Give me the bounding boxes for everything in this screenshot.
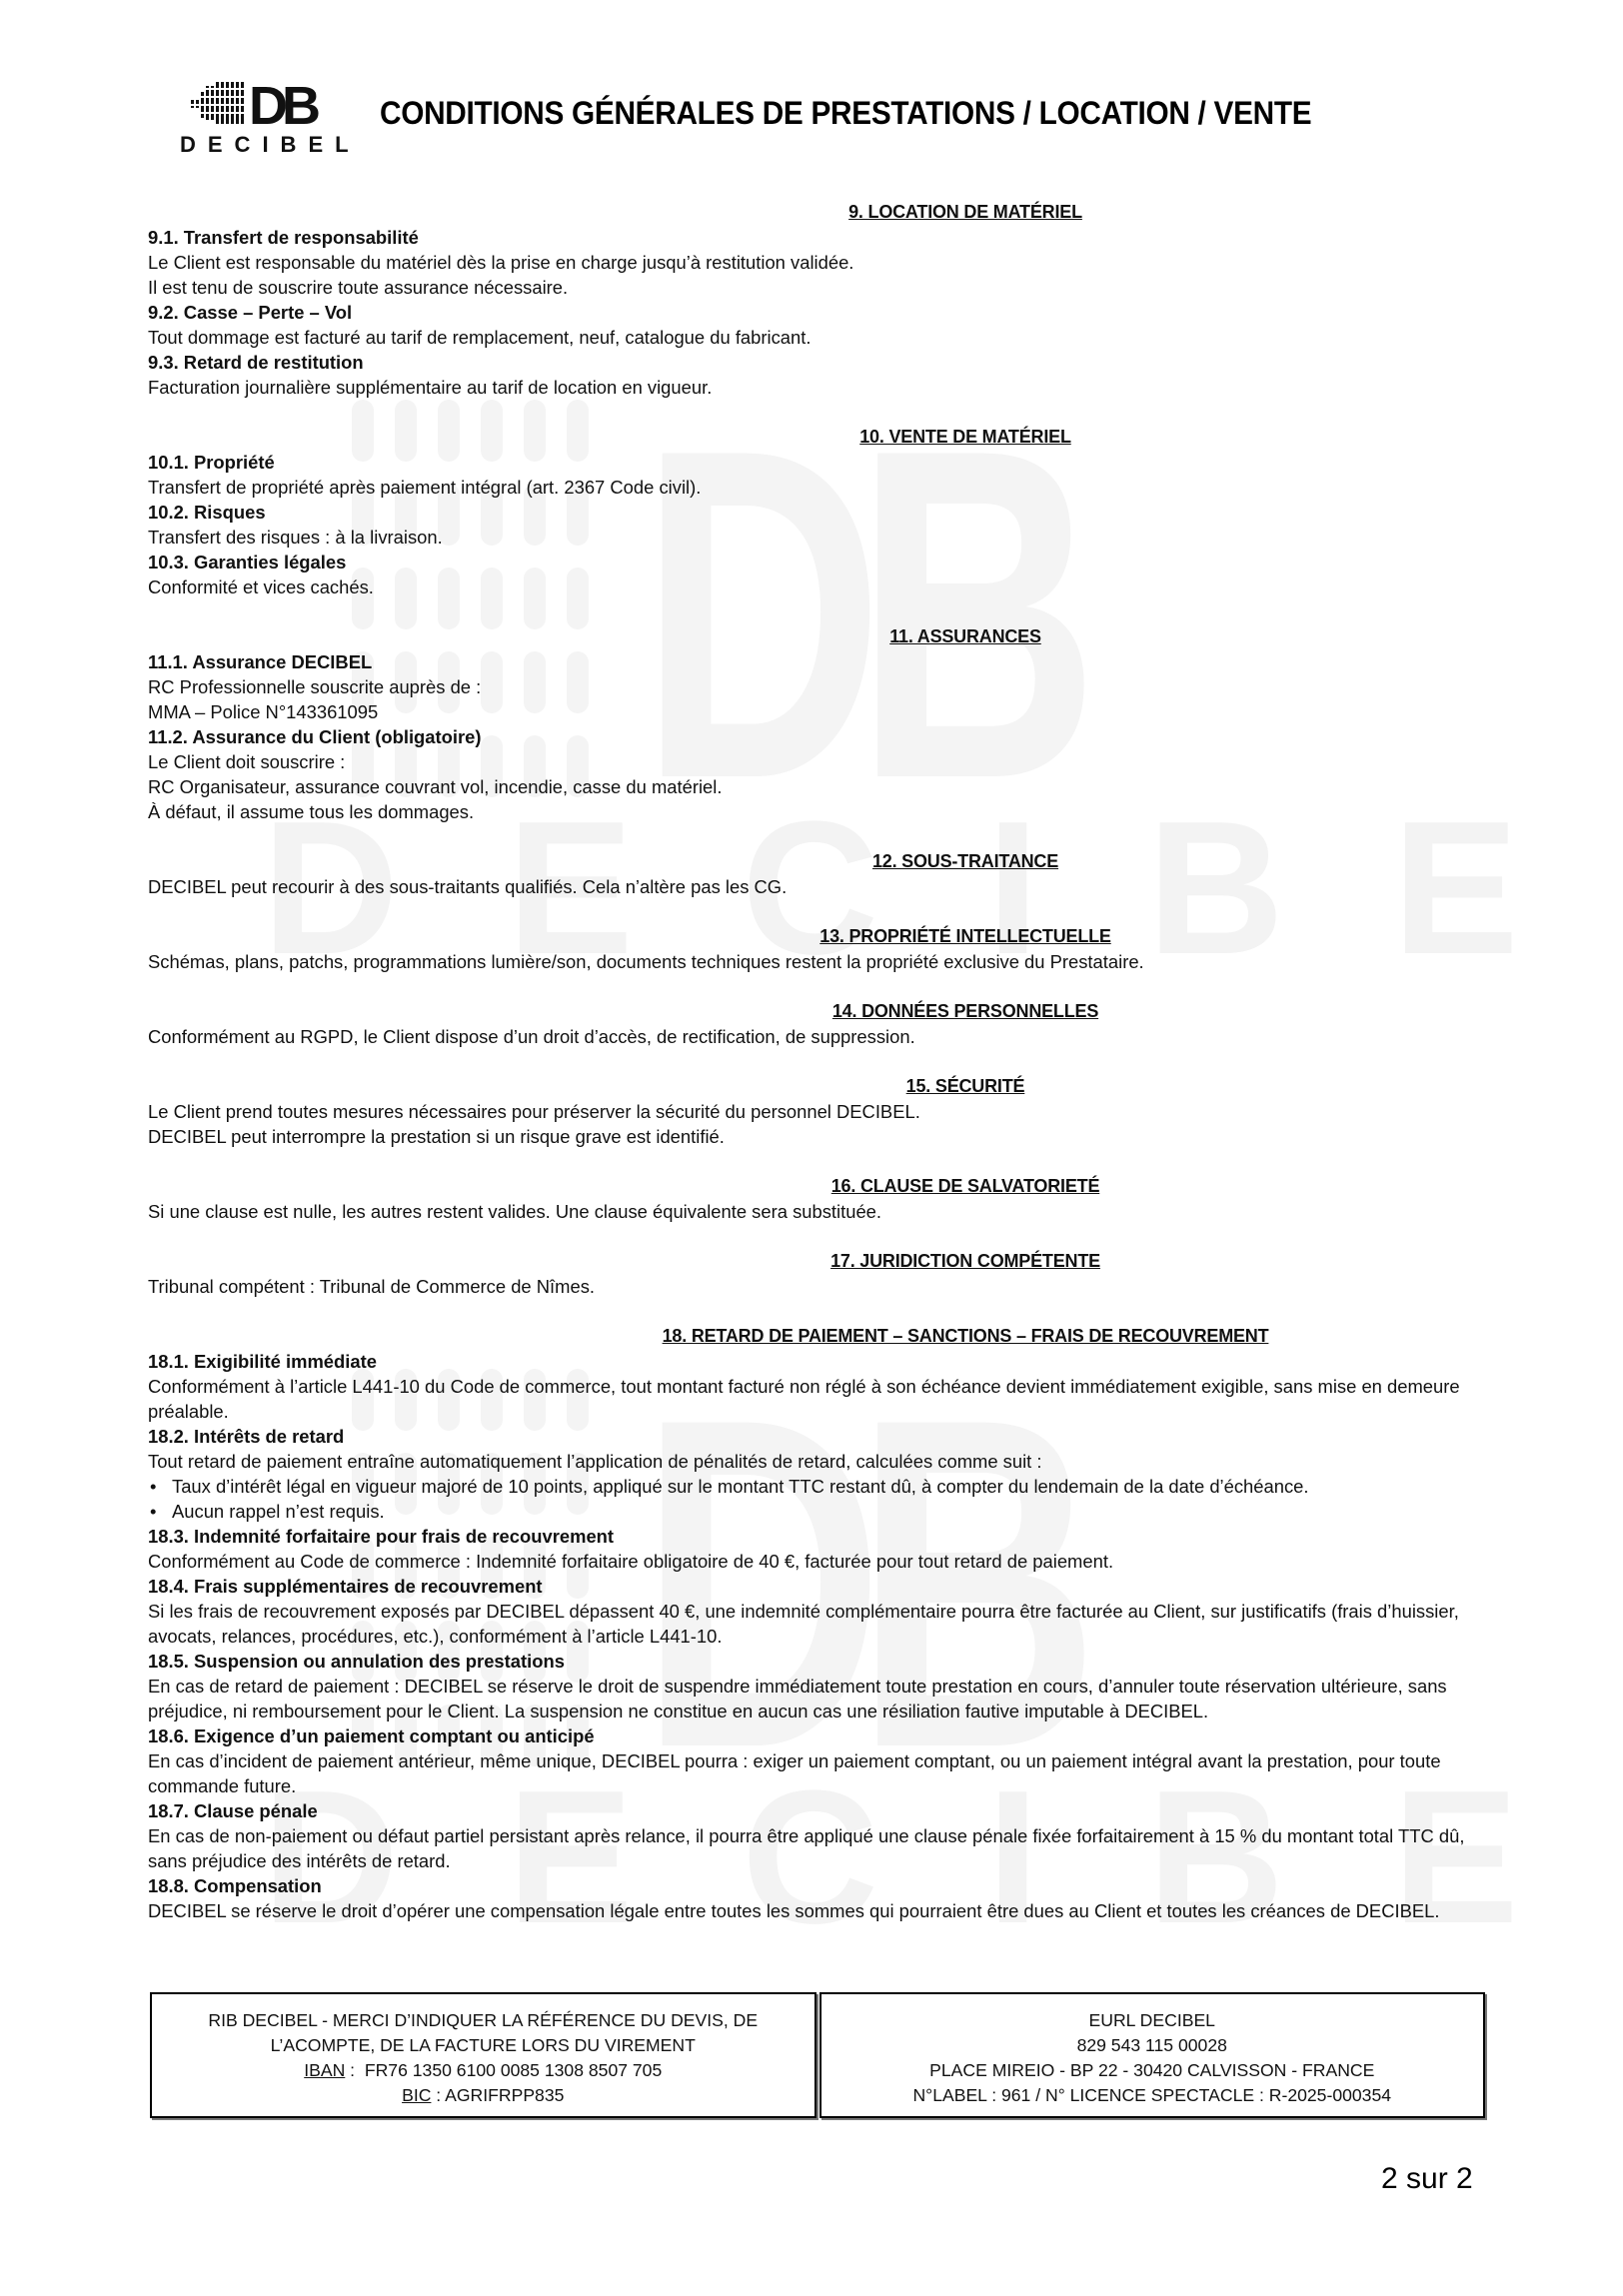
terms-content: 9. LOCATION DE MATÉRIEL9.1. Transfert de…: [148, 200, 1483, 1923]
svg-text:DB: DB: [249, 80, 319, 135]
bank-instruction-line-2: L’ACOMPTE, DE LA FACTURE LORS DU VIREMEN…: [152, 2033, 814, 2058]
subsection-title: 18.2. Intérêts de retard: [148, 1424, 1483, 1449]
section-title: 16. CLAUSE DE SALVATORIETÉ: [148, 1174, 1483, 1199]
section-title: 15. SÉCURITÉ: [148, 1074, 1483, 1099]
paragraph: Le Client est responsable du matériel dè…: [148, 250, 1483, 275]
paragraph: Conformité et vices cachés.: [148, 574, 1483, 599]
subsection-title: 11.1. Assurance DECIBEL: [148, 649, 1483, 674]
company-address: PLACE MIREIO - BP 22 - 30420 CALVISSON -…: [821, 2058, 1484, 2083]
section-title: 11. ASSURANCES: [148, 624, 1483, 649]
subsection-title: 10.2. Risques: [148, 500, 1483, 525]
paragraph: RC Organisateur, assurance couvrant vol,…: [148, 774, 1483, 799]
section-title: 12. SOUS-TRAITANCE: [148, 849, 1483, 874]
paragraph: DECIBEL peut interrompre la prestation s…: [148, 1124, 1483, 1149]
paragraph: Conformément au RGPD, le Client dispose …: [148, 1024, 1483, 1049]
section: 16. CLAUSE DE SALVATORIETÉSi une clause …: [148, 1174, 1483, 1224]
footer-info: RIB DECIBEL - MERCI D’INDIQUER LA RÉFÉRE…: [150, 1992, 1485, 2118]
logo-bars-icon: DB: [183, 80, 363, 135]
paragraph: Le Client doit souscrire :: [148, 749, 1483, 774]
paragraph: Conformément au Code de commerce : Indem…: [148, 1549, 1483, 1574]
section: 15. SÉCURITÉLe Client prend toutes mesur…: [148, 1074, 1483, 1149]
section-title: 17. JURIDICTION COMPÉTENTE: [148, 1249, 1483, 1274]
paragraph: Conformément à l’article L441-10 du Code…: [148, 1374, 1483, 1424]
section: 14. DONNÉES PERSONNELLESConformément au …: [148, 999, 1483, 1049]
bic-label: BIC: [402, 2085, 431, 2105]
bank-details-box: RIB DECIBEL - MERCI D’INDIQUER LA RÉFÉRE…: [150, 1992, 816, 2118]
section: 17. JURIDICTION COMPÉTENTETribunal compé…: [148, 1249, 1483, 1299]
paragraph: Transfert de propriété après paiement in…: [148, 475, 1483, 500]
section-title: 14. DONNÉES PERSONNELLES: [148, 999, 1483, 1024]
bic-value: : AGRIFRPP835: [431, 2085, 564, 2105]
section: 9. LOCATION DE MATÉRIEL9.1. Transfert de…: [148, 200, 1483, 400]
paragraph: Tout retard de paiement entraîne automat…: [148, 1449, 1483, 1474]
paragraph: DECIBEL se réserve le droit d’opérer une…: [148, 1898, 1483, 1923]
section-title: 10. VENTE DE MATÉRIEL: [148, 425, 1483, 450]
paragraph: Facturation journalière supplémentaire a…: [148, 375, 1483, 400]
subsection-title: 18.1. Exigibilité immédiate: [148, 1349, 1483, 1374]
company-siret: 829 543 115 00028: [821, 2033, 1484, 2058]
subsection-title: 18.3. Indemnité forfaitaire pour frais d…: [148, 1524, 1483, 1549]
section-title: 18. RETARD DE PAIEMENT – SANCTIONS – FRA…: [148, 1324, 1483, 1349]
paragraph: Transfert des risques : à la livraison.: [148, 525, 1483, 550]
iban-row: IBAN : FR76 1350 6100 0085 1308 8507 705: [152, 2058, 814, 2083]
paragraph: DECIBEL peut recourir à des sous-traitan…: [148, 874, 1483, 899]
section-title: 13. PROPRIÉTÉ INTELLECTUELLE: [148, 924, 1483, 949]
paragraph: MMA – Police N°143361095: [148, 699, 1483, 724]
bic-row: BIC : AGRIFRPP835: [152, 2083, 814, 2108]
subsection-title: 18.5. Suspension ou annulation des prest…: [148, 1649, 1483, 1674]
paragraph: Si une clause est nulle, les autres rest…: [148, 1199, 1483, 1224]
company-name: EURL DECIBEL: [821, 2008, 1484, 2033]
page-number: 2 sur 2: [1381, 2162, 1473, 2196]
logo-wordmark: DECIBEL: [180, 132, 361, 158]
bullet-item: Aucun rappel n’est requis.: [148, 1499, 1483, 1524]
section: 13. PROPRIÉTÉ INTELLECTUELLESchémas, pla…: [148, 924, 1483, 974]
paragraph: En cas d’incident de paiement antérieur,…: [148, 1748, 1483, 1798]
section: 12. SOUS-TRAITANCEDECIBEL peut recourir …: [148, 849, 1483, 899]
paragraph: Le Client prend toutes mesures nécessair…: [148, 1099, 1483, 1124]
bullet-item: Taux d’intérêt légal en vigueur majoré d…: [148, 1474, 1483, 1499]
paragraph: En cas de non-paiement ou défaut partiel…: [148, 1823, 1483, 1873]
paragraph: Schémas, plans, patchs, programmations l…: [148, 949, 1483, 974]
company-licences: N°LABEL : 961 / N° LICENCE SPECTACLE : R…: [821, 2083, 1484, 2108]
paragraph: Tout dommage est facturé au tarif de rem…: [148, 325, 1483, 350]
paragraph: En cas de retard de paiement : DECIBEL s…: [148, 1674, 1483, 1723]
decibel-logo: DB DECIBEL: [180, 72, 360, 162]
subsection-title: 18.7. Clause pénale: [148, 1798, 1483, 1823]
subsection-title: 10.3. Garanties légales: [148, 550, 1483, 574]
paragraph: À défaut, il assume tous les dommages.: [148, 799, 1483, 824]
subsection-title: 9.1. Transfert de responsabilité: [148, 225, 1483, 250]
subsection-title: 9.2. Casse – Perte – Vol: [148, 300, 1483, 325]
paragraph: Il est tenu de souscrire toute assurance…: [148, 275, 1483, 300]
subsection-title: 11.2. Assurance du Client (obligatoire): [148, 724, 1483, 749]
section: 18. RETARD DE PAIEMENT – SANCTIONS – FRA…: [148, 1324, 1483, 1923]
paragraph: Si les frais de recouvrement exposés par…: [148, 1599, 1483, 1649]
bank-instruction-line-1: RIB DECIBEL - MERCI D’INDIQUER LA RÉFÉRE…: [152, 2008, 814, 2033]
iban-label: IBAN: [304, 2060, 345, 2080]
section: 11. ASSURANCES11.1. Assurance DECIBELRC …: [148, 624, 1483, 824]
section-title: 9. LOCATION DE MATÉRIEL: [148, 200, 1483, 225]
subsection-title: 10.1. Propriété: [148, 450, 1483, 475]
section: 10. VENTE DE MATÉRIEL10.1. PropriétéTran…: [148, 425, 1483, 599]
iban-value: : FR76 1350 6100 0085 1308 8507 705: [345, 2060, 662, 2080]
paragraph: RC Professionnelle souscrite auprès de :: [148, 674, 1483, 699]
paragraph: Tribunal compétent : Tribunal de Commerc…: [148, 1274, 1483, 1299]
subsection-title: 9.3. Retard de restitution: [148, 350, 1483, 375]
subsection-title: 18.4. Frais supplémentaires de recouvrem…: [148, 1574, 1483, 1599]
document-title: CONDITIONS GÉNÉRALES DE PRESTATIONS / LO…: [380, 95, 1311, 132]
company-details-box: EURL DECIBEL 829 543 115 00028 PLACE MIR…: [819, 1992, 1486, 2118]
subsection-title: 18.6. Exigence d’un paiement comptant ou…: [148, 1723, 1483, 1748]
subsection-title: 18.8. Compensation: [148, 1873, 1483, 1898]
